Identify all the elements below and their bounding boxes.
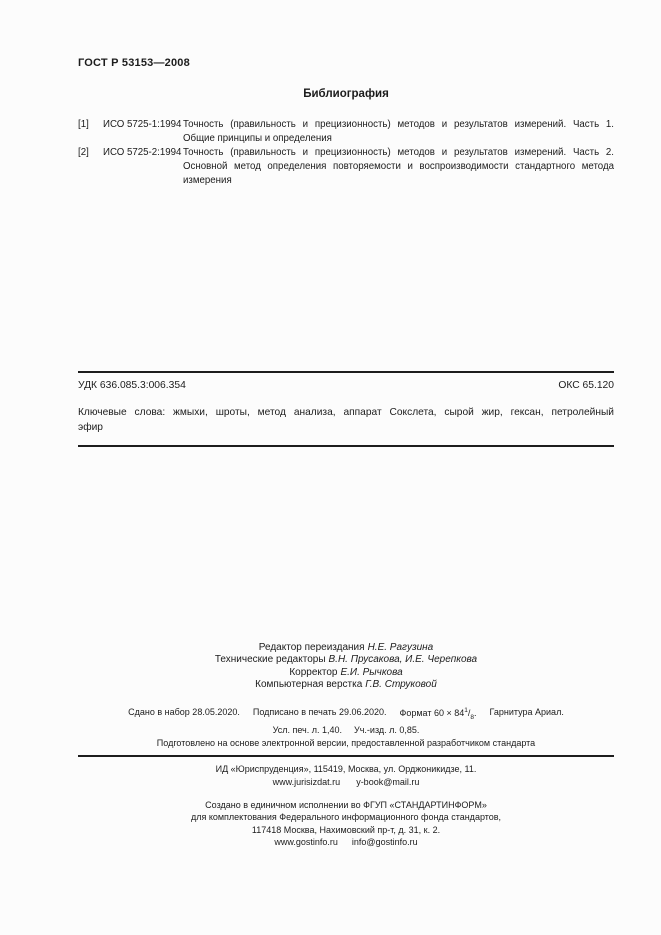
producer-email: info@gostinfo.ru bbox=[352, 836, 418, 848]
bibliography-list: [1] ИСО 5725-1:1994 Точность (правильнос… bbox=[78, 118, 614, 188]
producer-line: для комплектования Федерального информац… bbox=[78, 811, 614, 823]
imprint-row-1: Сдано в набор 28.05.2020. Подписано в пе… bbox=[62, 707, 630, 721]
bibliography-heading: Библиография bbox=[78, 88, 614, 100]
producer-website: www.gostinfo.ru bbox=[274, 836, 338, 848]
bibliography-entry: [2] ИСО 5725-2:1994 Точность (правильнос… bbox=[78, 146, 614, 188]
producer-block: Создано в единичном исполнении во ФГУП «… bbox=[78, 799, 614, 849]
editor-line: Компьютерная версткаГ.В. Струковой bbox=[78, 679, 614, 691]
ref-code: ИСО 5725-1:1994 bbox=[103, 118, 183, 146]
publisher-email: y-book@mail.ru bbox=[356, 776, 419, 789]
imprint-typeset-date: Сдано в набор 28.05.2020. bbox=[128, 707, 240, 721]
ref-text-line: Основной метод определения повторяемости… bbox=[183, 160, 614, 174]
classification-row: УДК 636.085.3:006.354 ОКС 65.120 bbox=[78, 380, 614, 391]
editor-role: Технические редакторы bbox=[215, 654, 326, 665]
editor-name: В.Н. Прусакова, И.Е. Черепкова bbox=[329, 654, 478, 665]
editor-name: Г.В. Струковой bbox=[365, 679, 437, 690]
ref-number: [2] bbox=[78, 146, 103, 188]
publisher-contacts: www.jurisizdat.ru y-book@mail.ru bbox=[78, 776, 614, 789]
ref-number: [1] bbox=[78, 118, 103, 146]
ref-text-line: Точность (правильность и прецизионность)… bbox=[183, 118, 614, 132]
editor-name: Н.Е. Рагузина bbox=[368, 642, 434, 653]
divider-rule-top bbox=[78, 371, 614, 373]
divider-rule-keywords bbox=[78, 445, 614, 447]
doc-code: ГОСТ Р 53153—2008 bbox=[78, 57, 190, 69]
oks-code: ОКС 65.120 bbox=[558, 380, 614, 391]
editors-block: Редактор переизданияН.Е. Рагузина Технич… bbox=[78, 642, 614, 692]
producer-line: Создано в единичном исполнении во ФГУП «… bbox=[78, 799, 614, 811]
imprint-format: Формат 60 × 841/8. bbox=[399, 707, 476, 721]
editor-line: КорректорЕ.И. Рычкова bbox=[78, 667, 614, 679]
keywords-line: эфир bbox=[78, 420, 614, 435]
publisher-address: ИД «Юриспруденция», 115419, Москва, ул. … bbox=[78, 763, 614, 776]
ref-code: ИСО 5725-2:1994 bbox=[103, 146, 183, 188]
editor-role: Корректор bbox=[289, 667, 337, 678]
imprint-sign-date: Подписано в печать 29.06.2020. bbox=[253, 707, 387, 721]
imprint-row-2: Усл. печ. л. 1,40. Уч.-изд. л. 0,85. bbox=[62, 725, 630, 735]
publisher-website: www.jurisizdat.ru bbox=[273, 776, 341, 789]
editor-role: Компьютерная верстка bbox=[255, 679, 362, 690]
imprint-publishers-sheets: Уч.-изд. л. 0,85. bbox=[354, 725, 419, 735]
producer-contacts: www.gostinfo.ru info@gostinfo.ru bbox=[78, 836, 614, 848]
ref-text-line: Общие принципы и определения bbox=[183, 132, 614, 146]
ref-text-line: измерения bbox=[183, 174, 614, 188]
producer-line: 117418 Москва, Нахимовский пр-т, д. 31, … bbox=[78, 824, 614, 836]
document-page: ГОСТ Р 53153—2008 Библиография [1] ИСО 5… bbox=[0, 0, 661, 935]
imprint-typeface: Гарнитура Ариал. bbox=[490, 707, 564, 721]
keywords-paragraph: Ключевые слова: жмыхи, шроты, метод анал… bbox=[78, 405, 614, 435]
ref-text-line: Точность (правильность и прецизионность)… bbox=[183, 146, 614, 160]
editor-line: Технические редакторыВ.Н. Прусакова, И.Е… bbox=[78, 654, 614, 666]
prepared-note: Подготовлено на основе электронной верси… bbox=[78, 738, 614, 748]
udk-code: УДК 636.085.3:006.354 bbox=[78, 380, 186, 391]
imprint-printers-sheets: Усл. печ. л. 1,40. bbox=[273, 725, 342, 735]
editor-name: Е.И. Рычкова bbox=[340, 667, 402, 678]
publisher-block: ИД «Юриспруденция», 115419, Москва, ул. … bbox=[78, 763, 614, 788]
ref-text: Точность (правильность и прецизионность)… bbox=[183, 118, 614, 146]
editor-line: Редактор переизданияН.Е. Рагузина bbox=[78, 642, 614, 654]
ref-text: Точность (правильность и прецизионность)… bbox=[183, 146, 614, 188]
bibliography-entry: [1] ИСО 5725-1:1994 Точность (правильнос… bbox=[78, 118, 614, 146]
imprint-block: Сдано в набор 28.05.2020. Подписано в пе… bbox=[62, 707, 630, 735]
divider-rule-footer bbox=[78, 755, 614, 757]
keywords-line: Ключевые слова: жмыхи, шроты, метод анал… bbox=[78, 405, 614, 420]
editor-role: Редактор переиздания bbox=[259, 642, 365, 653]
